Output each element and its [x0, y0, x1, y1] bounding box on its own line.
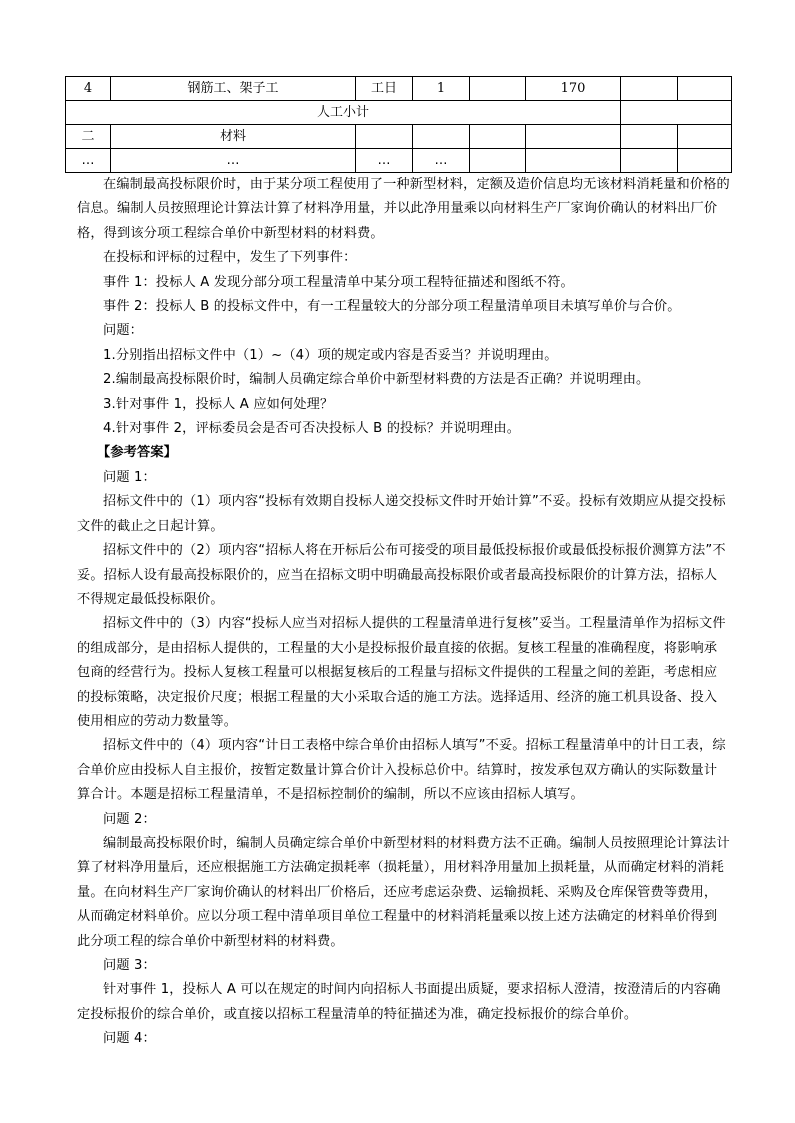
- answer-3-paragraph: 针对事件 1，投标人 A 可以在规定的时间内向招标人书面提出质疑，要求招标人澄清…: [77, 978, 730, 1027]
- cell-empty: [621, 149, 678, 173]
- answer-4-label: 问题 4：: [77, 1027, 730, 1051]
- cell-no: …: [66, 149, 111, 173]
- cell-empty: [470, 149, 526, 173]
- table-row: 二 材料: [66, 125, 732, 149]
- answer-1-paragraph-2: 招标文件中的（2）项内容“招标人将在开标后公布可接受的项目最低投标报价或最低投标…: [77, 539, 730, 612]
- cell-qty: 1: [413, 77, 470, 101]
- cell-empty: [621, 125, 678, 149]
- table-row-subtotal: 人工小计: [66, 101, 732, 125]
- answer-heading: 【参考答案】: [77, 441, 730, 465]
- questions-label: 问题：: [77, 319, 730, 343]
- cell-empty: [470, 125, 526, 149]
- question-4: 4.针对事件 2，评标委员会是否可否决投标人 B 的投标？并说明理由。: [77, 417, 730, 441]
- cell-empty: [678, 149, 732, 173]
- cell-unit: 工日: [356, 77, 413, 101]
- paragraph-events-intro: 在投标和评标的过程中，发生了下列事件：: [77, 246, 730, 270]
- cell-empty: [678, 125, 732, 149]
- question-1: 1.分别指出招标文件中（1）~（4）项的规定或内容是否妥当？并说明理由。: [77, 344, 730, 368]
- cell-price: 170: [526, 77, 621, 101]
- cell-subtotal-label: 人工小计: [66, 101, 621, 125]
- document-body: 在编制最高投标限价时，由于某分项工程使用了一种新型材料，定额及造价信息均无该材料…: [77, 173, 730, 1052]
- cell-name: …: [111, 149, 356, 173]
- answer-1-paragraph-1: 招标文件中的（1）项内容“投标有效期自投标人递交投标文件时开始计算”不妥。投标有…: [77, 490, 730, 539]
- answer-1-label: 问题 1：: [77, 466, 730, 490]
- answer-1-paragraph-3: 招标文件中的（3）内容“投标人应当对招标人提供的工程量清单进行复核”妥当。工程量…: [77, 612, 730, 734]
- paragraph-background: 在编制最高投标限价时，由于某分项工程使用了一种新型材料，定额及造价信息均无该材料…: [77, 173, 730, 246]
- answer-2-label: 问题 2：: [77, 808, 730, 832]
- question-3: 3.针对事件 1，投标人 A 应如何处理？: [77, 393, 730, 417]
- cell-price: [526, 125, 621, 149]
- answer-1-paragraph-4: 招标文件中的（4）项内容“计日工表格中综合单价由招标人填写”不妥。招标工程量清单…: [77, 734, 730, 807]
- table-row: … … … …: [66, 149, 732, 173]
- cell-price: [526, 149, 621, 173]
- answer-3-label: 问题 3：: [77, 954, 730, 978]
- cell-name: 材料: [111, 125, 356, 149]
- answer-2-paragraph: 编制最高投标限价时，编制人员确定综合单价中新型材料的材料费方法不正确。编制人员按…: [77, 832, 730, 954]
- cell-unit: …: [356, 149, 413, 173]
- event-2: 事件 2：投标人 B 的投标文件中，有一工程量较大的分部分项工程量清单项目未填写…: [77, 295, 730, 319]
- question-2: 2.编制最高投标限价时，编制人员确定综合单价中新型材料费的方法是否正确？并说明理…: [77, 368, 730, 392]
- cell-no: 二: [66, 125, 111, 149]
- cell-subtotal-value: [621, 101, 732, 125]
- cell-no: 4: [66, 77, 111, 101]
- cell-qty: [413, 125, 470, 149]
- cell-empty: [678, 77, 732, 101]
- event-1: 事件 1：投标人 A 发现分部分项工程量清单中某分项工程特征描述和图纸不符。: [77, 271, 730, 295]
- document-page: 4 钢筋工、架子工 工日 1 170 人工小计 二 材料 … … …: [0, 0, 795, 1123]
- cell-name: 钢筋工、架子工: [111, 77, 356, 101]
- cell-unit: [356, 125, 413, 149]
- table-row: 4 钢筋工、架子工 工日 1 170: [66, 77, 732, 101]
- cell-empty: [470, 77, 526, 101]
- cost-table: 4 钢筋工、架子工 工日 1 170 人工小计 二 材料 … … …: [65, 76, 732, 173]
- cell-qty: …: [413, 149, 470, 173]
- cell-empty: [621, 77, 678, 101]
